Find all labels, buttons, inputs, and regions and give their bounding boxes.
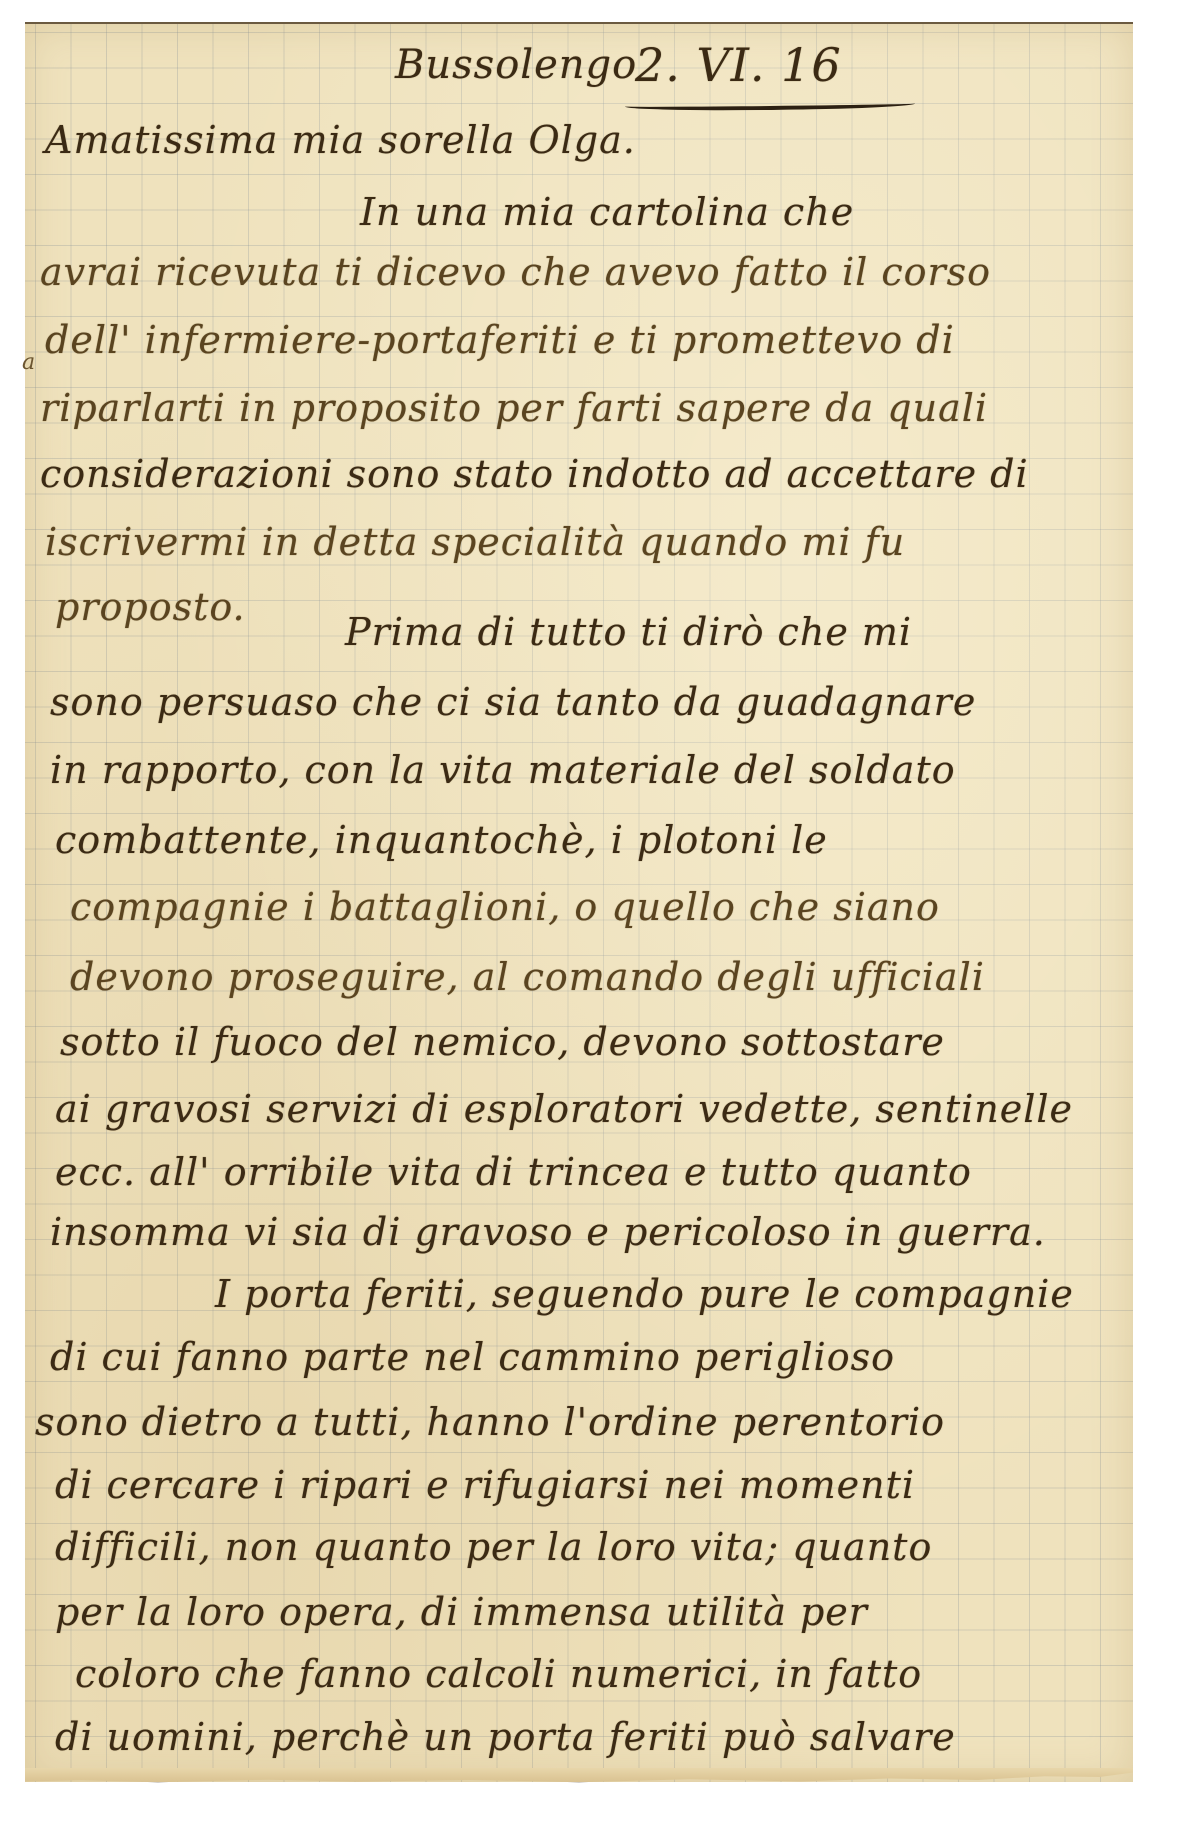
letter-line: di uomini, perchè un porta feriti può sa… xyxy=(55,1715,956,1759)
letter-line: per la loro opera, di immensa utilità pe… xyxy=(55,1590,868,1634)
letter-line: ecc. all' orribile vita di trincea e tut… xyxy=(55,1150,972,1194)
letter-place: Bussolengo xyxy=(395,42,637,88)
letter-line: avrai ricevuta ti dicevo che avevo fatto… xyxy=(40,250,991,294)
letter-line: In una mia cartolina che xyxy=(360,190,854,234)
letter-line: devono proseguire, al comando degli uffi… xyxy=(70,955,985,999)
letter-line: proposto. xyxy=(55,585,246,629)
letter-line: Prima di tutto ti dirò che mi xyxy=(345,610,912,654)
letter-line: ai gravosi servizi di esploratori vedett… xyxy=(55,1087,1073,1131)
letter-line: sotto il fuoco del nemico, devono sottos… xyxy=(60,1020,945,1064)
letter-line: sono persuaso che ci sia tanto da guadag… xyxy=(50,680,976,724)
letter-line: dell' infermiere-portaferiti e ti promet… xyxy=(45,318,955,362)
letter-line: di cui fanno parte nel cammino periglios… xyxy=(50,1335,895,1379)
letter-line: sono dietro a tutti, hanno l'ordine pere… xyxy=(35,1400,945,1444)
salutation: Amatissima mia sorella Olga. xyxy=(45,118,636,162)
letter-line: iscrivermi in detta specialità quando mi… xyxy=(45,520,905,564)
letter-line: considerazioni sono stato indotto ad acc… xyxy=(40,452,1029,496)
letter-line: coloro che fanno calcoli numerici, in fa… xyxy=(75,1652,922,1696)
letter-line: insomma vi sia di gravoso e pericoloso i… xyxy=(50,1210,1046,1254)
letter-date: 2. VI. 16 xyxy=(635,38,842,92)
letter-line: difficili, non quanto per la loro vita; … xyxy=(55,1525,932,1569)
letter-line: di cercare i ripari e rifugiarsi nei mom… xyxy=(55,1463,915,1507)
letter-line: riparlarti in proposito per farti sapere… xyxy=(40,386,988,430)
letter-line: I porta feriti, seguendo pure le compagn… xyxy=(215,1272,1074,1316)
letter-line: in rapporto, con la vita materiale del s… xyxy=(50,748,956,792)
margin-mark: a xyxy=(22,350,35,375)
letter-line: combattente, inquantochè, i plotoni le xyxy=(55,818,828,862)
letter-line: compagnie i battaglioni, o quello che si… xyxy=(70,885,940,929)
